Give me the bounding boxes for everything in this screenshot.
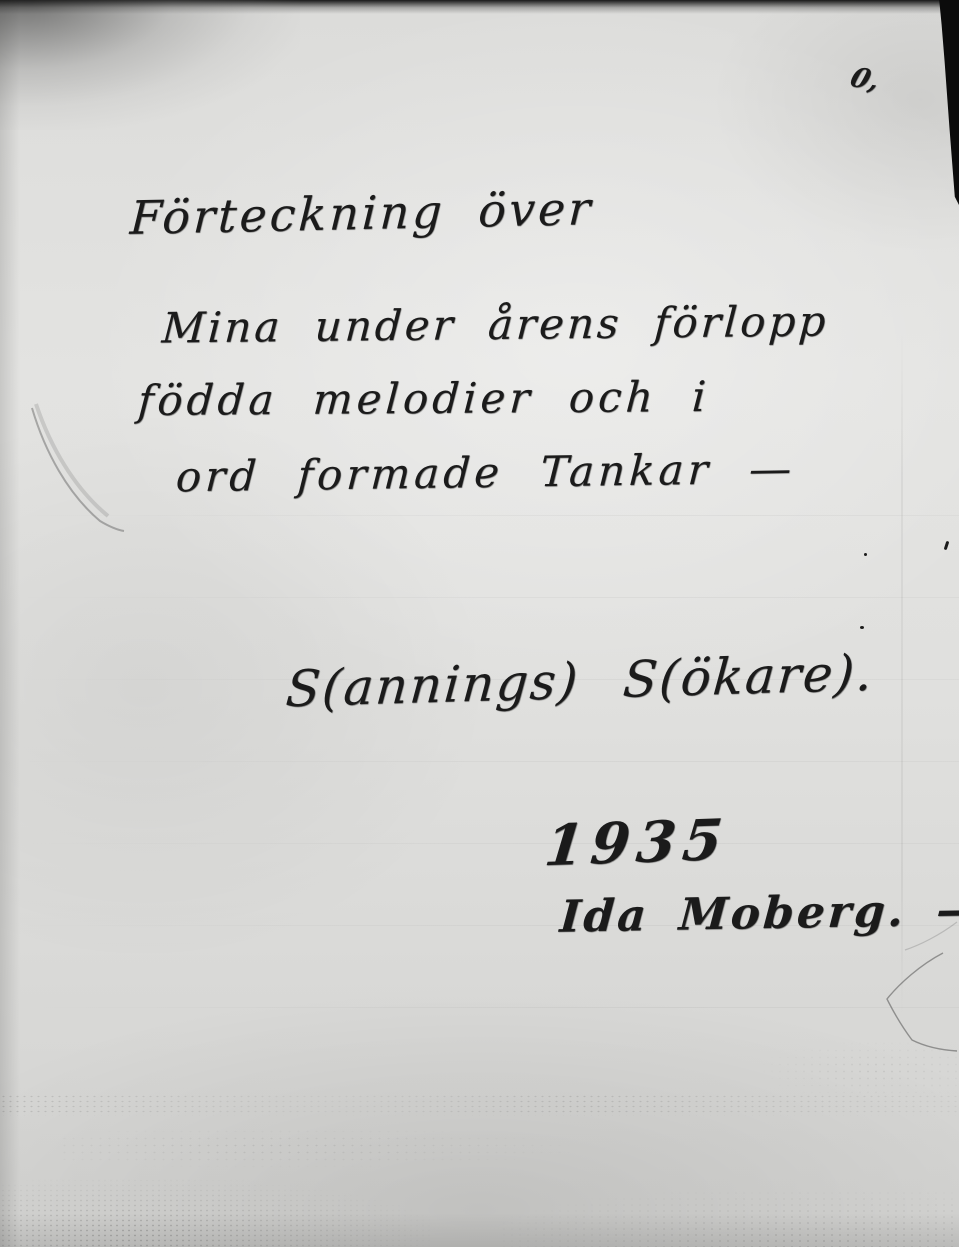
manuscript-page-photo: 0, Förteckning över Mina under årens för…: [0, 0, 959, 1247]
year-line: 1935: [542, 807, 733, 880]
ink-speck: [864, 553, 867, 556]
title-line: Förteckning över: [129, 181, 595, 245]
body-line-3: ord formade Tankar —: [175, 444, 797, 502]
ink-speck: [860, 626, 864, 629]
body-line-1: Mina under årens förlopp: [161, 296, 830, 352]
signature-line: Ida Moberg. —: [558, 884, 959, 942]
body-line-2: födda melodier och i: [136, 372, 711, 425]
